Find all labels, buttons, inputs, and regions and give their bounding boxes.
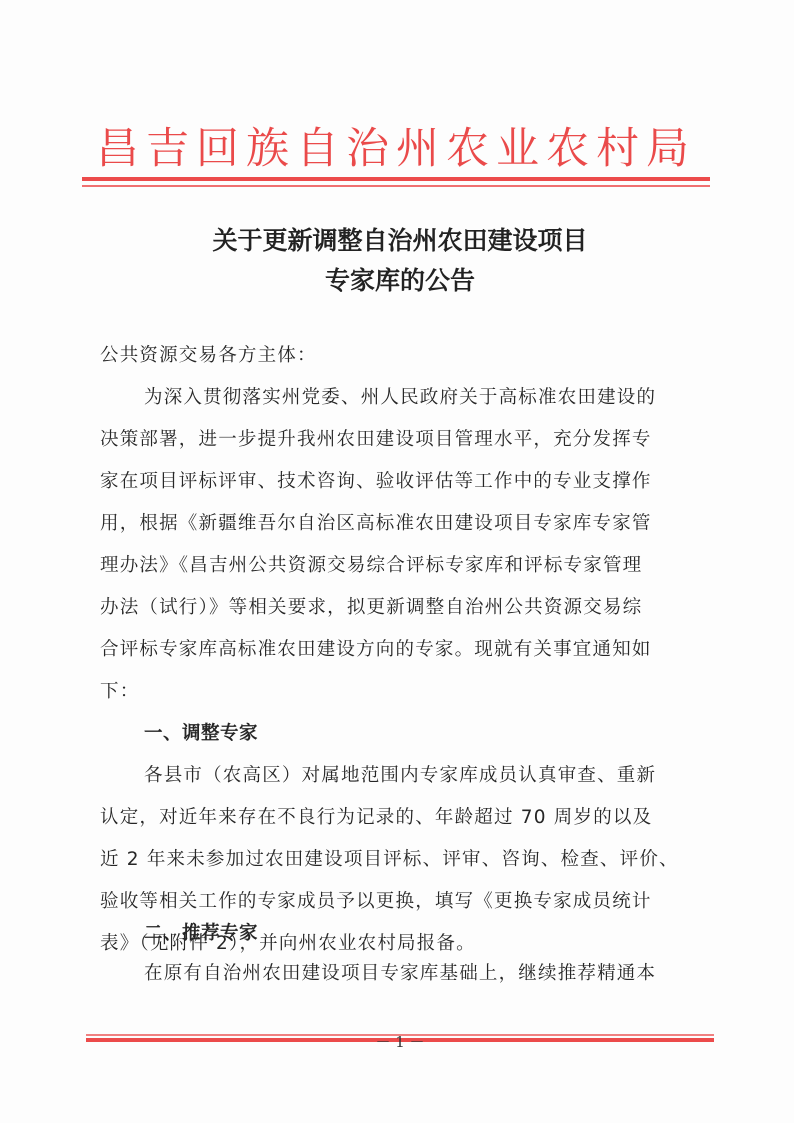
paragraph-1-line: 合评标专家库高标准农田建设方向的专家。现就有关事宜通知如 xyxy=(100,638,704,662)
paragraph-1-line: 下： xyxy=(100,680,704,704)
paragraph-1-line: 用，根据《新疆维吾尔自治区高标准农田建设项目专家库专家管 xyxy=(100,512,704,536)
section-2-heading: 二、推荐专家 xyxy=(144,922,704,946)
paragraph-1-line: 理办法》《昌吉州公共资源交易综合评标专家库和评标专家管理 xyxy=(100,554,704,578)
page-number: － 1 － xyxy=(370,1033,430,1051)
document-title-line-2: 专家库的公告 xyxy=(100,266,700,296)
salutation: 公共资源交易各方主体： xyxy=(100,344,704,368)
masthead-rule-thick xyxy=(82,177,710,181)
paragraph-1-line: 为深入贯彻落实州党委、州人民政府关于高标准农田建设的 xyxy=(144,386,704,410)
section-1-line: 认定，对近年来存在不良行为记录的、年龄超过 70 周岁的以及 xyxy=(100,806,704,830)
masthead-title: 昌吉回族自治州农业农村局 xyxy=(96,124,696,174)
document-title-line-1: 关于更新调整自治州农田建设项目 xyxy=(100,226,700,256)
section-1-line: 近 2 年来未参加过农田建设项目评标、评审、咨询、检查、评价、 xyxy=(100,848,704,872)
paragraph-1-line: 办法（试行）》等相关要求，拟更新调整自治州公共资源交易综 xyxy=(100,596,704,620)
section-1-heading: 一、调整专家 xyxy=(144,722,704,746)
section-2-line: 在原有自治州农田建设项目专家库基础上，继续推荐精通本 xyxy=(144,962,704,986)
masthead-rule-thin xyxy=(82,185,710,187)
paragraph-1-line: 家在项目评标评审、技术咨询、验收评估等工作中的专业支撑作 xyxy=(100,470,704,494)
paragraph-1-line: 决策部署，进一步提升我州农田建设项目管理水平，充分发挥专 xyxy=(100,428,704,452)
section-1-line: 各县市（农高区）对属地范围内专家库成员认真审查、重新 xyxy=(144,764,704,788)
section-1-line: 验收等相关工作的专家成员予以更换，填写《更换专家成员统计 xyxy=(100,890,704,914)
